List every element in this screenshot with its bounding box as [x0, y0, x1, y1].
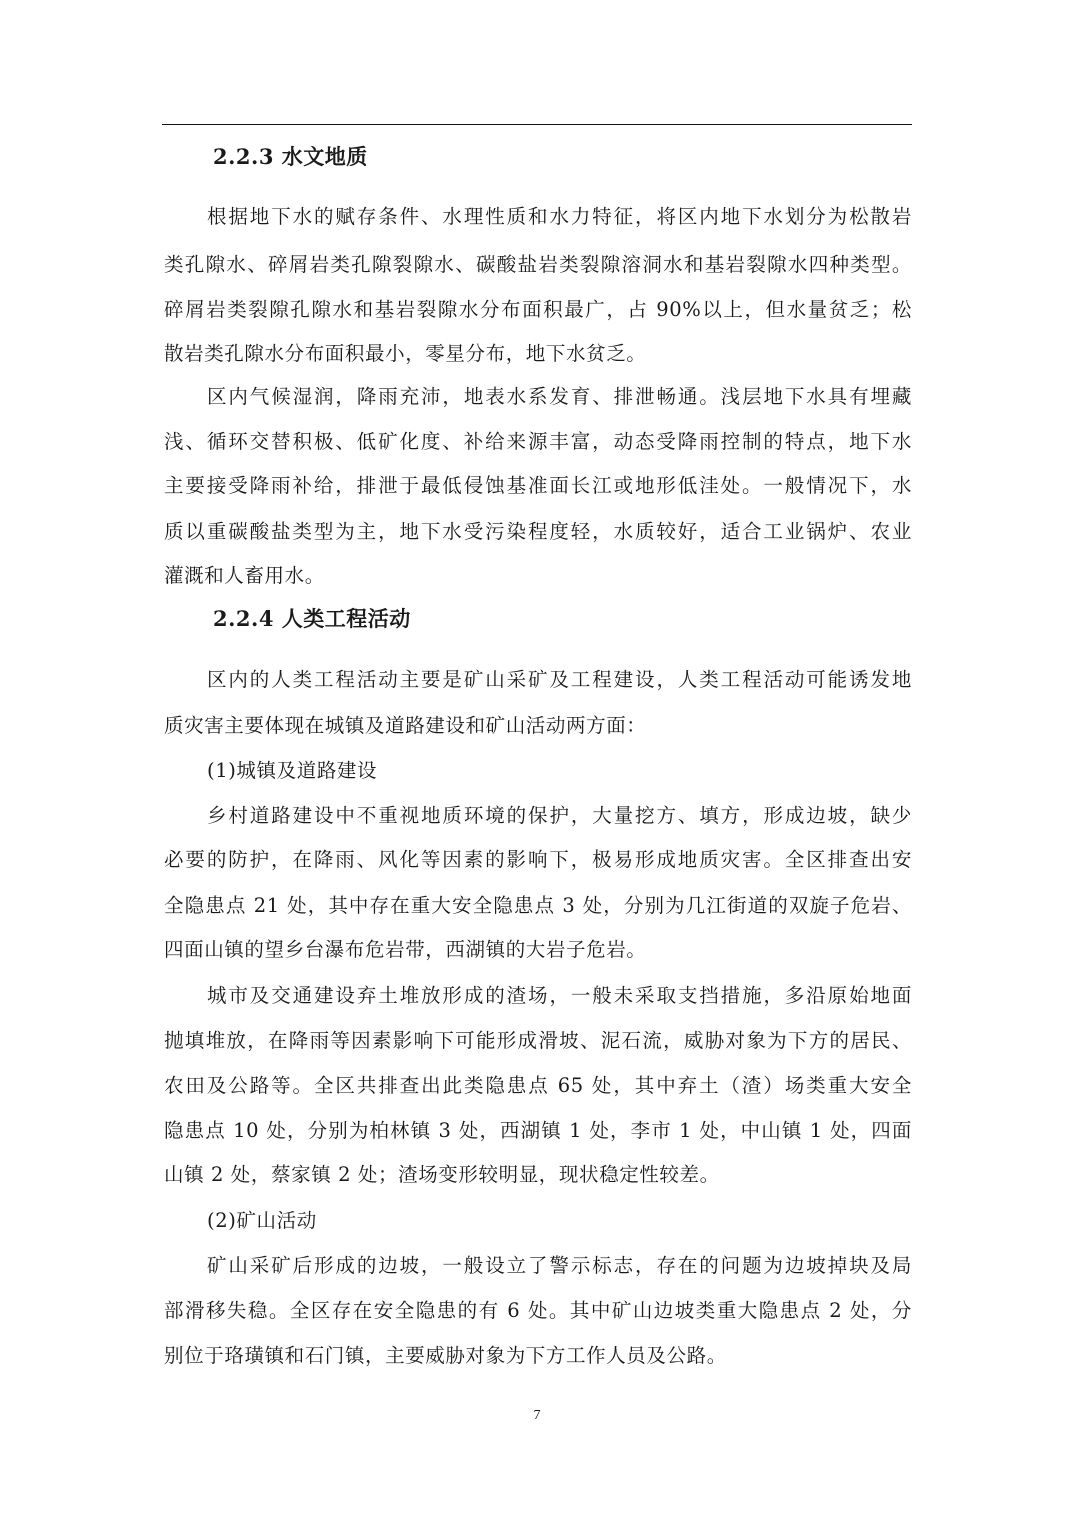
paragraph-line: 区内的人类工程活动主要是矿山采矿及工程建设，人类工程活动可能诱发地 [207, 666, 912, 694]
paragraph-line: 质灾害主要体现在城镇及道路建设和矿山活动两方面： [164, 712, 912, 740]
paragraph-line: 质以重碳酸盐类型为主，地下水受污染程度轻，水质较好，适合工业锅炉、农业 [164, 518, 912, 546]
paragraph-line: 浅、循环交替积极、低矿化度、补给来源丰富，动态受降雨控制的特点，地下水 [164, 428, 912, 456]
page-number: 7 [0, 1408, 1074, 1424]
paragraph-line: 区内气候湿润，降雨充沛，地表水系发育、排泄畅通。浅层地下水具有埋藏 [207, 383, 912, 411]
paragraph-line: 隐患点 10 处，分别为柏林镇 3 处，西湖镇 1 处，李市 1 处，中山镇 1… [164, 1117, 912, 1145]
paragraph-line: 灌溉和人畜用水。 [164, 562, 912, 590]
section-heading-2-2-3: 2.2.3 水文地质 [213, 142, 368, 172]
paragraph-line: 碎屑岩类裂隙孔隙水和基岩裂隙水分布面积最广，占 90%以上，但水量贫乏；松 [164, 296, 912, 324]
subheading-mining: (2)矿山活动 [207, 1207, 912, 1235]
paragraph-line: 农田及公路等。全区共排查出此类隐患点 65 处，其中弃土（渣）场类重大安全 [164, 1072, 912, 1100]
paragraph-line: 类孔隙水、碎屑岩类孔隙裂隙水、碳酸盐岩类裂隙溶洞水和基岩裂隙水四种类型。 [164, 251, 912, 279]
paragraph-line: 矿山采矿后形成的边坡，一般设立了警示标志，存在的问题为边坡掉块及局 [207, 1252, 912, 1280]
paragraph-line: 四面山镇的望乡台瀑布危岩带，西湖镇的大岩子危岩。 [164, 936, 912, 964]
paragraph-line: 抛填堆放，在降雨等因素影响下可能形成滑坡、泥石流，威胁对象为下方的居民、 [164, 1027, 912, 1055]
paragraph-line: 主要接受降雨补给，排泄于最低侵蚀基准面长江或地形低洼处。一般情况下，水 [164, 472, 912, 500]
header-rule [162, 124, 912, 125]
paragraph-line: 乡村道路建设中不重视地质环境的保护，大量挖方、填方，形成边坡，缺少 [207, 802, 912, 830]
paragraph-line: 部滑移失稳。全区存在安全隐患的有 6 处。其中矿山边坡类重大隐患点 2 处，分 [164, 1297, 912, 1325]
paragraph-line: 根据地下水的赋存条件、水理性质和水力特征，将区内地下水划分为松散岩 [207, 203, 912, 231]
paragraph-line: 散岩类孔隙水分布面积最小，零星分布，地下水贫乏。 [164, 340, 912, 368]
paragraph-line: 城市及交通建设弃土堆放形成的渣场，一般未采取支挡措施，多沿原始地面 [207, 982, 912, 1010]
paragraph-line: 山镇 2 处，蔡家镇 2 处；渣场变形较明显，现状稳定性较差。 [164, 1161, 912, 1189]
paragraph-line: 别位于珞璜镇和石门镇，主要威胁对象为下方工作人员及公路。 [164, 1342, 912, 1370]
paragraph-line: 必要的防护，在降雨、风化等因素的影响下，极易形成地质灾害。全区排查出安 [164, 846, 912, 874]
paragraph-line: 全隐患点 21 处，其中存在重大安全隐患点 3 处，分别为几江街道的双旋子危岩、 [164, 892, 912, 920]
section-heading-2-2-4: 2.2.4 人类工程活动 [213, 604, 411, 634]
subheading-urban-roads: (1)城镇及道路建设 [207, 757, 912, 785]
